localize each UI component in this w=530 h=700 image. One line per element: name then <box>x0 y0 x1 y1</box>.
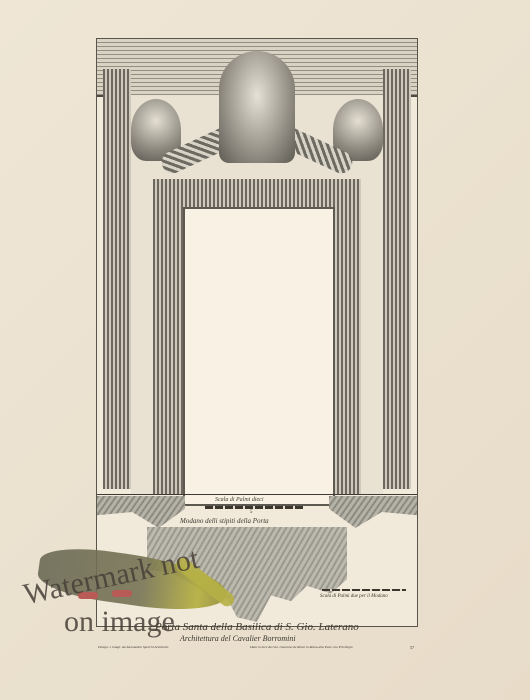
profile-label: Modano delli stipiti della Porta <box>180 517 269 525</box>
imprint-left: Disegn. e intagl. da Alessandro Specchi … <box>98 645 168 649</box>
right-pilaster <box>383 69 411 489</box>
scale-top-label: Scala di Palmi dieci <box>215 497 264 503</box>
imprint-right: Data in luce da Gio. Giacomo de Rossi in… <box>250 645 353 649</box>
plan-divider-line <box>97 494 417 495</box>
scale-top-mark: 5 <box>250 510 253 515</box>
title-line-1: Porta Santa della Basilica di S. Gio. La… <box>155 621 359 633</box>
title-line-2: Architettura del Cavalier Borromini <box>180 634 296 643</box>
engraving-plate <box>96 38 418 627</box>
plate-number: 57 <box>410 645 414 650</box>
scale-right-label: Scala di Palmi due per il Modano <box>320 594 388 599</box>
right-plan-corner <box>329 496 417 528</box>
left-pilaster <box>103 69 131 489</box>
door-opening <box>183 207 335 506</box>
watermark-text-line2: on image <box>64 605 175 639</box>
left-plan-corner <box>97 496 185 528</box>
scale-top-bar <box>205 506 303 509</box>
scale-right-bar <box>322 589 406 591</box>
papal-coat-of-arms <box>219 51 295 163</box>
